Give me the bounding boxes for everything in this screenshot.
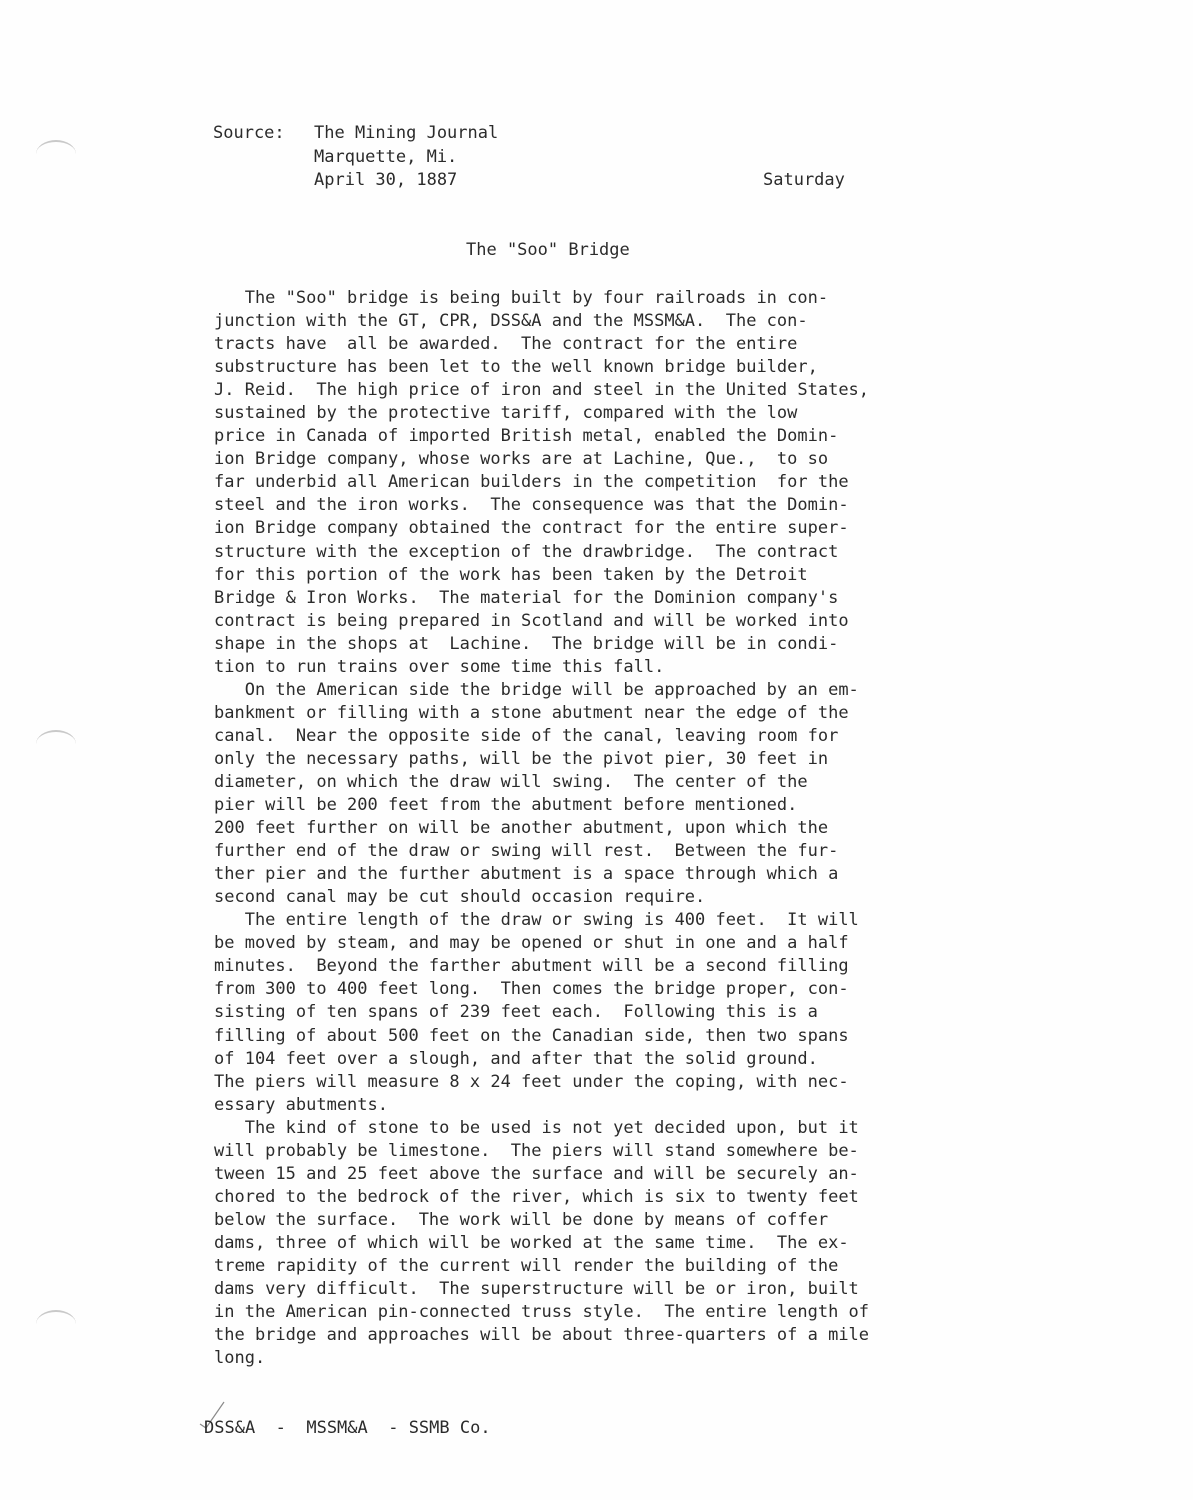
article-line: sisting of ten spans of 239 feet each. F… [214,1001,974,1024]
article-line: dams, three of which will be worked at t… [214,1232,974,1255]
article-line: of 104 feet over a slough, and after tha… [214,1048,974,1071]
article-line: second canal may be cut should occasion … [214,886,974,909]
publication-weekday: Saturday [763,170,845,190]
article-line: minutes. Beyond the farther abutment wil… [214,955,974,978]
article-line: The kind of stone to be used is not yet … [214,1117,974,1140]
source-label: Source: [213,122,313,146]
article-line: J. Reid. The high price of iron and stee… [214,379,974,402]
article-line: tion to run trains over some time this f… [214,656,974,679]
article-line: steel and the iron works. The consequenc… [214,494,974,517]
article-line: canal. Near the opposite side of the can… [214,725,974,748]
article-line: diameter, on which the draw will swing. … [214,771,974,794]
article-line: contract is being prepared in Scotland a… [214,610,974,633]
article-line: be moved by steam, and may be opened or … [214,932,974,955]
article-line: ion Bridge company obtained the contract… [214,517,974,540]
article-line: will probably be limestone. The piers wi… [214,1140,974,1163]
article-line: The piers will measure 8 x 24 feet under… [214,1071,974,1094]
article-line: On the American side the bridge will be … [214,679,974,702]
binder-hole-mark [36,140,76,168]
publication-location: Marquette, Mi. [314,146,498,170]
document-page: Source: The Mining Journal Marquette, Mi… [0,0,1193,1500]
article-line: only the necessary paths, will be the pi… [214,748,974,771]
article-line: ion Bridge company, whose works are at L… [214,448,974,471]
article-line: tracts have all be awarded. The contract… [214,333,974,356]
publication-name: The Mining Journal [314,122,498,146]
article-line: from 300 to 400 feet long. Then comes th… [214,978,974,1001]
article-line: Bridge & Iron Works. The material for th… [214,587,974,610]
article-line: ther pier and the further abutment is a … [214,863,974,886]
article-body: The "Soo" bridge is being built by four … [214,287,974,1370]
article-line: further end of the draw or swing will re… [214,840,974,863]
article-line: chored to the bedrock of the river, whic… [214,1186,974,1209]
article-line: sustained by the protective tariff, comp… [214,402,974,425]
binder-hole-mark [36,730,76,758]
article-line: structure with the exception of the draw… [214,541,974,564]
article-line: below the surface. The work will be done… [214,1209,974,1232]
publication-date: April 30, 1887 [314,169,498,193]
article-line: price in Canada of imported British meta… [214,425,974,448]
article-title: The "Soo" Bridge [466,240,630,260]
article-line: dams very difficult. The superstructure … [214,1278,974,1301]
article-line: treme rapidity of the current will rende… [214,1255,974,1278]
article-line: essary abutments. [214,1094,974,1117]
article-line: the bridge and approaches will be about … [214,1324,974,1347]
article-line: pier will be 200 feet from the abutment … [214,794,974,817]
article-line: in the American pin-connected truss styl… [214,1301,974,1324]
article-line: The entire length of the draw or swing i… [214,909,974,932]
article-line: The "Soo" bridge is being built by four … [214,287,974,310]
article-line: shape in the shops at Lachine. The bridg… [214,633,974,656]
article-line: junction with the GT, CPR, DSS&A and the… [214,310,974,333]
article-line: bankment or filling with a stone abutmen… [214,702,974,725]
article-line: 200 feet further on will be another abut… [214,817,974,840]
article-line: tween 15 and 25 feet above the surface a… [214,1163,974,1186]
article-line: far underbid all American builders in th… [214,471,974,494]
article-line: filling of about 500 feet on the Canadia… [214,1025,974,1048]
article-line: for this portion of the work has been ta… [214,564,974,587]
footer-railroads: DSS&A - MSSM&A - SSMB Co. [204,1418,491,1438]
binder-hole-mark [36,1310,76,1338]
article-line: substructure has been let to the well kn… [214,356,974,379]
article-line: long. [214,1347,974,1370]
